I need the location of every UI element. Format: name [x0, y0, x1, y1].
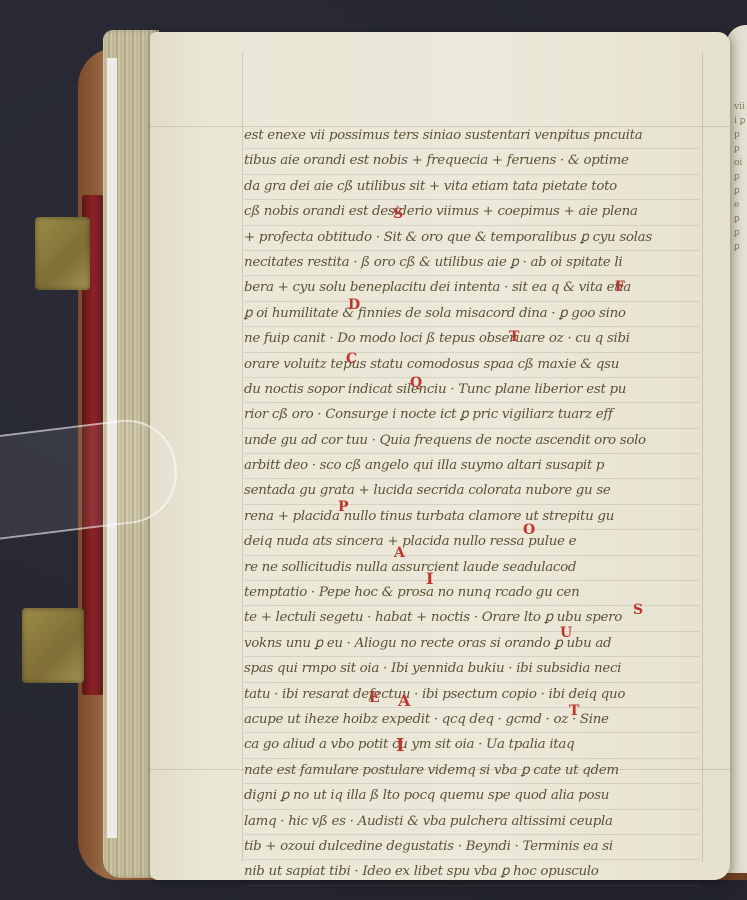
manuscript-text: est enexe vii possimus ters siniao suste… [244, 124, 700, 886]
margin-rule-right [702, 52, 703, 862]
rubric-initial: O [523, 522, 535, 538]
text-line: digni ꝑ no ut iq illa ß lto pocq quemu s… [244, 784, 700, 809]
text-line: bera + cyu solu beneplacitu dei intenta … [244, 276, 700, 301]
clasp-tab-top [35, 217, 90, 290]
text-line: tatu · ibi resarat defectuu · ibi psectu… [244, 683, 700, 708]
text-line: necitates restita · ß oro cß & utilibus … [244, 251, 700, 276]
text-line: rior cß oro · Consurge i nocte ict ꝑ pri… [244, 403, 700, 428]
rubric-initial: S [633, 602, 643, 618]
text-line: spas qui rmpo sit oia · Ibi yennida buki… [244, 657, 700, 682]
rubric-initial: U [560, 625, 572, 641]
rubric-initial: I [426, 569, 433, 588]
text-line: unde gu ad cor tuu · Quia frequens de no… [244, 429, 700, 454]
text-line: rena + placida nullo tinus turbata clamo… [244, 505, 700, 530]
text-line: vokns unu ꝑ eu · Aliogu no recte oras si… [244, 632, 700, 657]
text-line: sentada gu grata + lucida secrida colora… [244, 479, 700, 504]
text-line: est enexe vii possimus ters siniao suste… [244, 124, 700, 149]
rubric-initial: A [394, 545, 405, 561]
rubric-initial: F [615, 279, 625, 295]
rubric-initial: T [509, 329, 519, 345]
text-line: temptatio · Pepe hoc & prosa no nunq rca… [244, 581, 700, 606]
rubric-initial: T [569, 703, 579, 719]
text-line: ca go aliud a vbo potit cu ym sit oia · … [244, 733, 700, 758]
text-line: deiq nuda ats sincera + placida nullo re… [244, 530, 700, 555]
text-line: ne fuip canit · Do modo loci ß tepus obs… [244, 327, 700, 352]
rubric-initial: E [369, 690, 380, 706]
text-line: arbitt deo · sco cß angelo qui illa suym… [244, 454, 700, 479]
rubric-initial: I [396, 735, 404, 756]
text-line: tib + ozoui dulcedine degustatis · Beynd… [244, 835, 700, 860]
rubric-initial: D [348, 297, 360, 313]
rubric-initial: P [338, 499, 349, 515]
rubric-initial: C [346, 351, 357, 367]
text-line: orare voluitz tepus statu comodosus spaa… [244, 353, 700, 378]
text-line: da gra dei aie cß utilibus sit + vita et… [244, 175, 700, 200]
rubric-initial: A [398, 691, 410, 710]
rubric-initial: S [393, 206, 403, 222]
text-line: tibus aie orandi est nobis + frequecia +… [244, 149, 700, 174]
text-line: nib ut sapiat tibi · Ideo ex libet spu v… [244, 860, 700, 885]
text-line: du noctis sopor indicat silenciu · Tunc … [244, 378, 700, 403]
text-line: acupe ut iheze hoibz expedit · qcq deq ·… [244, 708, 700, 733]
text-line: cß nobis orandi est desiderio viimus + c… [244, 200, 700, 225]
text-line: ꝑ oi humilitate & finnies de sola misaco… [244, 302, 700, 327]
margin-rule-left [242, 52, 243, 862]
rubric-initial: Q [410, 375, 422, 391]
text-line: lamq · hic vß es · Audisti & vba pulcher… [244, 810, 700, 835]
text-line: re ne sollicitudis nulla assurcient laud… [244, 556, 700, 581]
text-line: nate est famulare postulare videmq si vb… [244, 759, 700, 784]
clasp-tab-bottom [22, 608, 84, 683]
text-line: + profecta obtitudo · Sit & oro que & te… [244, 226, 700, 251]
text-line: te + lectuli segetu · habat + noctis · O… [244, 606, 700, 631]
facing-page-text: viii ꝑ p ꝑ oi ꝑ ꝑ e ꝑ ꝑ ꝑ [734, 100, 747, 254]
